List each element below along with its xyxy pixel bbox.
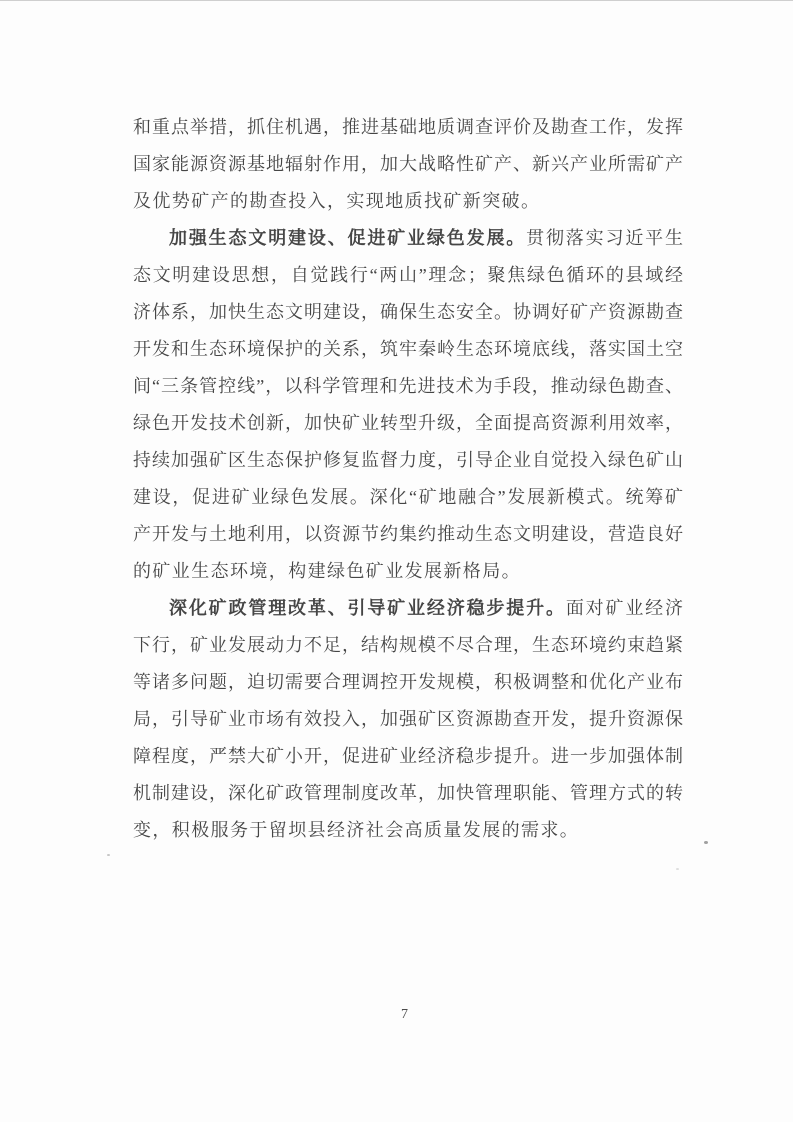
body-text: 和重点举措，抓住机遇，推进基础地质调查评价及勘查工作，发挥 国家能源资源基地辐射… — [133, 109, 683, 849]
text-line: 下行，矿业发展动力不足，结构规模不尽合理，生态环境约束趋紧 — [133, 627, 683, 664]
text-line: 障程度，严禁大矿小开，促进矿业经济稳步提升。进一步加强体制 — [133, 738, 683, 775]
text-line-paragraph-start: 加强生态文明建设、促进矿业绿色发展。贯彻落实习近平生 — [133, 220, 683, 257]
paragraph-lead-rest: 面对矿业经济 — [566, 598, 683, 618]
text-line: 变，积极服务于留坝县经济社会高质量发展的需求。 — [133, 812, 683, 849]
document-page: 和重点举措，抓住机遇，推进基础地质调查评价及勘查工作，发挥 国家能源资源基地辐射… — [0, 0, 793, 1122]
text-line: 机制建设，深化矿政管理制度改革，加快管理职能、管理方式的转 — [133, 775, 683, 812]
text-line: 局，引导矿业市场有效投入，加强矿区资源勘查开发，提升资源保 — [133, 701, 683, 738]
text-line: 及优势矿产的勘查投入，实现地质找矿新突破。 — [133, 183, 683, 220]
paragraph-lead-bold: 深化矿政管理改革、引导矿业经济稳步提升。 — [169, 598, 566, 618]
page-number: 7 — [0, 1001, 793, 1029]
text-line: 济体系，加快生态文明建设，确保生态安全。协调好矿产资源勘查 — [133, 294, 683, 331]
text-line: 等诸多问题，迫切需要合理调控开发规模，积极调整和优化产业布 — [133, 664, 683, 701]
paragraph-lead-rest: 贯彻落实习近平生 — [526, 228, 683, 248]
text-line: 态文明建设思想，自觉践行“两山”理念；聚焦绿色循环的县域经 — [133, 257, 683, 294]
text-line: 国家能源资源基地辐射作用，加大战略性矿产、新兴产业所需矿产 — [133, 146, 683, 183]
text-line: 建设，促进矿业绿色发展。深化“矿地融合”发展新模式。统筹矿 — [133, 479, 683, 516]
text-line: 持续加强矿区生态保护修复监督力度，引导企业自觉投入绿色矿山 — [133, 442, 683, 479]
text-line: 绿色开发技术创新，加快矿业转型升级，全面提高资源利用效率， — [133, 405, 683, 442]
text-line: 的矿业生态环境，构建绿色矿业发展新格局。 — [133, 553, 683, 590]
scan-edge-artifact — [0, 0, 793, 1]
text-line: 产开发与土地利用，以资源节约集约推动生态文明建设，营造良好 — [133, 516, 683, 553]
paragraph-lead-bold: 加强生态文明建设、促进矿业绿色发展。 — [169, 228, 526, 248]
scan-speck — [107, 854, 110, 856]
text-line: 和重点举措，抓住机遇，推进基础地质调查评价及勘查工作，发挥 — [133, 109, 683, 146]
text-line: 间“三条管控线”，以科学管理和先进技术为手段，推动绿色勘查、 — [133, 368, 683, 405]
text-line-paragraph-start: 深化矿政管理改革、引导矿业经济稳步提升。面对矿业经济 — [133, 590, 683, 627]
scan-speck — [676, 868, 679, 870]
scan-speck — [704, 841, 708, 844]
text-line: 开发和生态环境保护的关系，筑牢秦岭生态环境底线，落实国土空 — [133, 331, 683, 368]
